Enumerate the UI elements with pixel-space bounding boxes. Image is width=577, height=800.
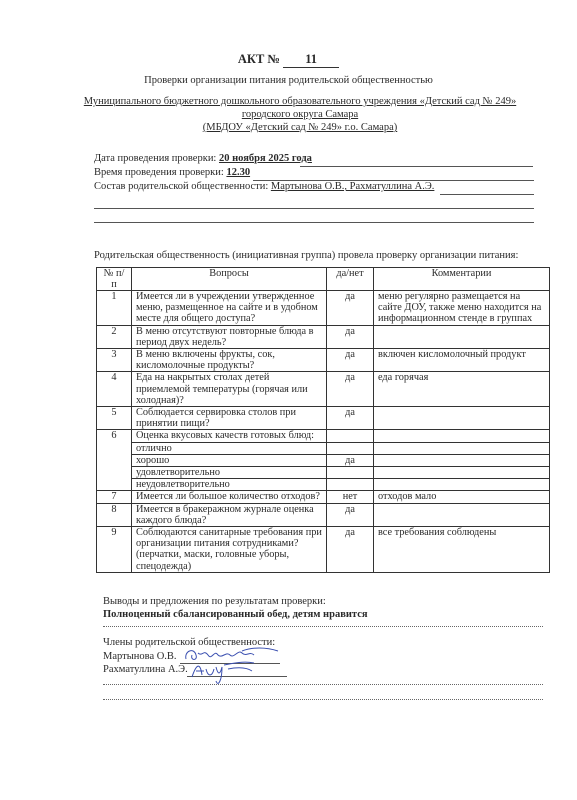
row-question: Оценка вкусовых качеств готовых блюд:	[132, 430, 327, 442]
time-field: Время проведения проверки: 12.30	[94, 167, 250, 178]
row-question: Еда на накрытых столах детей приемлемой …	[132, 372, 327, 407]
row-number: 7	[97, 491, 132, 503]
row-question: Имеется в бракеражном журнале оценка каж…	[132, 503, 327, 526]
rating-answer	[327, 479, 374, 491]
members-underline	[440, 194, 534, 195]
row-number: 6	[97, 430, 132, 491]
row-answer: да	[327, 325, 374, 348]
table-row: 7 Имеется ли большое количество отходов?…	[97, 491, 550, 503]
organization-name: Муниципального бюджетного дошкольного об…	[20, 96, 577, 107]
row-answer: да	[327, 349, 374, 372]
row-question: Соблюдаются санитарные требования при ор…	[132, 527, 327, 573]
row-comment: меню регулярно размещается на сайте ДОУ,…	[374, 291, 550, 326]
time-label: Время проведения проверки:	[94, 167, 224, 178]
blank-line	[94, 222, 534, 223]
row-comment	[374, 407, 550, 430]
row-comment: еда горячая	[374, 372, 550, 407]
row-answer: да	[327, 372, 374, 407]
rating-label: удовлетворительно	[132, 467, 327, 479]
member-1-name: Мартынова О.В.	[103, 651, 177, 662]
table-row: 6 Оценка вкусовых качеств готовых блюд:	[97, 430, 550, 442]
act-title: АКТ № 11	[0, 52, 577, 68]
rating-comment	[374, 454, 550, 466]
members-field: Состав родительской общественности: Март…	[94, 181, 434, 192]
row-question: Имеется ли в учреждении утвержденное мен…	[132, 291, 327, 326]
date-value: 20 ноября 2025 года	[219, 153, 312, 164]
row-number: 9	[97, 527, 132, 573]
row-question: В меню отсутствуют повторные блюда в пер…	[132, 325, 327, 348]
row-answer: да	[327, 503, 374, 526]
table-row: 3 В меню включены фрукты, сок, кисломоло…	[97, 349, 550, 372]
member-2-name: Рахматуллина А.Э.	[103, 664, 188, 675]
row-answer: нет	[327, 491, 374, 503]
table-row: 8 Имеется в бракеражном журнале оценка к…	[97, 503, 550, 526]
members-label: Состав родительской общественности:	[94, 181, 268, 192]
row-answer	[327, 430, 374, 442]
header-number: № п/п	[97, 268, 132, 291]
time-value: 12.30	[226, 167, 250, 178]
rating-label: отлично	[132, 442, 327, 454]
rating-answer: да	[327, 454, 374, 466]
act-number: 11	[283, 52, 339, 68]
members-value: Мартынова О.В., Рахматуллина А.Э.	[271, 181, 435, 192]
act-subtitle: Проверки организации питания родительско…	[0, 75, 577, 86]
rating-row-good: хорошо да	[97, 454, 550, 466]
date-underline	[300, 166, 533, 167]
rating-label: хорошо	[132, 454, 327, 466]
row-comment: все требования соблюдены	[374, 527, 550, 573]
row-answer: да	[327, 407, 374, 430]
row-number: 2	[97, 325, 132, 348]
rating-row-unsatisfactory: неудовлетворительно	[97, 479, 550, 491]
organization-short-name: (МБДОУ «Детский сад № 249» г.о. Самара)	[0, 122, 577, 133]
header-questions: Вопросы	[132, 268, 327, 291]
inspection-table: № п/п Вопросы да/нет Комментарии 1 Имеет…	[96, 267, 550, 573]
member-1: Мартынова О.В.	[103, 651, 177, 662]
row-answer: да	[327, 291, 374, 326]
table-header-row: № п/п Вопросы да/нет Комментарии	[97, 268, 550, 291]
dotted-line	[103, 699, 543, 700]
intro-text: Родительская общественность (инициативна…	[94, 250, 518, 261]
dotted-line	[103, 684, 543, 685]
rating-comment	[374, 479, 550, 491]
row-number: 1	[97, 291, 132, 326]
row-number: 4	[97, 372, 132, 407]
conclusions-label: Выводы и предложения по результатам пров…	[103, 596, 326, 607]
date-field: Дата проведения проверки: 20 ноября 2025…	[94, 153, 312, 164]
rating-comment	[374, 442, 550, 454]
act-label: АКТ №	[238, 52, 280, 66]
row-comment: включен кисломолочный продукт	[374, 349, 550, 372]
table-row: 2 В меню отсутствуют повторные блюда в п…	[97, 325, 550, 348]
table-row: 9 Соблюдаются санитарные требования при …	[97, 527, 550, 573]
row-comment: отходов мало	[374, 491, 550, 503]
row-question: В меню включены фрукты, сок, кисломолочн…	[132, 349, 327, 372]
rating-row-satisfactory: удовлетворительно	[97, 467, 550, 479]
rating-answer	[327, 467, 374, 479]
table-row: 4 Еда на накрытых столах детей приемлемо…	[97, 372, 550, 407]
organization-city: городского округа Самара	[0, 109, 577, 120]
rating-answer	[327, 442, 374, 454]
blank-line	[94, 208, 534, 209]
header-yes-no: да/нет	[327, 268, 374, 291]
row-comment	[374, 503, 550, 526]
conclusions-text: Полноценный сбалансированный обед, детям…	[103, 609, 368, 620]
row-question: Соблюдается сервировка столов при принят…	[132, 407, 327, 430]
date-label: Дата проведения проверки:	[94, 153, 216, 164]
rating-row-excellent: отлично	[97, 442, 550, 454]
row-comment	[374, 430, 550, 442]
table-row: 1 Имеется ли в учреждении утвержденное м…	[97, 291, 550, 326]
row-number: 3	[97, 349, 132, 372]
table-row: 5 Соблюдается сервировка столов при прин…	[97, 407, 550, 430]
row-answer: да	[327, 527, 374, 573]
row-number: 5	[97, 407, 132, 430]
row-comment	[374, 325, 550, 348]
header-comments: Комментарии	[374, 268, 550, 291]
row-question: Имеется ли большое количество отходов?	[132, 491, 327, 503]
rating-comment	[374, 467, 550, 479]
member-2: Рахматуллина А.Э.	[103, 664, 188, 675]
row-number: 8	[97, 503, 132, 526]
rating-label: неудовлетворительно	[132, 479, 327, 491]
dotted-line	[103, 626, 543, 627]
